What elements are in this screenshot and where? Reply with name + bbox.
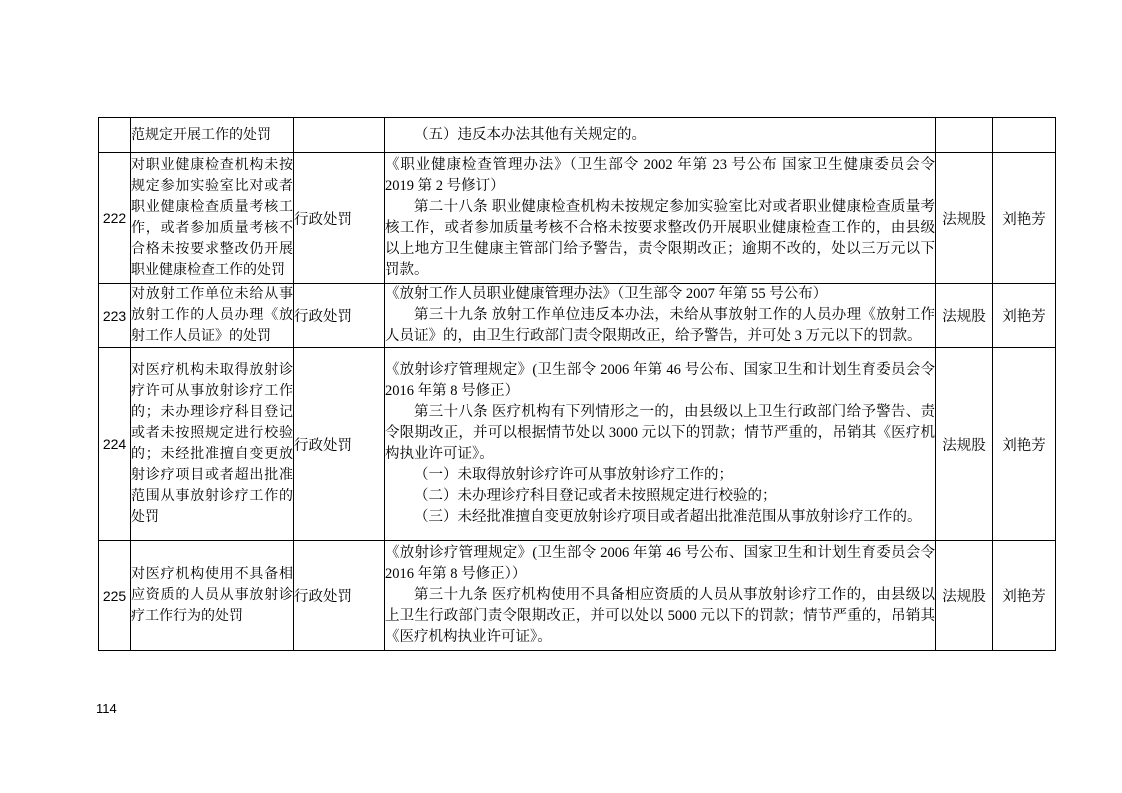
- matter-cell: 对医疗机构使用不具备相应资质的人员从事放射诊疗工作行为的处罚: [131, 541, 294, 651]
- basis-paragraph: （三）未经批准擅自变更放射诊疗项目或者超出批准范围从事放射诊疗工作的。: [385, 507, 935, 528]
- basis-paragraph: 《放射诊疗管理规定》(卫生部令 2006 年第 46 号公布、国家卫生和计划生育…: [385, 360, 935, 402]
- basis-paragraph: 第三十八条 医疗机构有下列情形之一的，由县级以上卫生行政部门给予警告、责令限期改…: [385, 402, 935, 465]
- table-row: 225 对医疗机构使用不具备相应资质的人员从事放射诊疗工作行为的处罚 行政处罚 …: [99, 541, 1056, 651]
- matter-cell: 对医疗机构未取得放射诊疗许可从事放射诊疗工作的；未办理诊疗科目登记或者未按照规定…: [131, 348, 294, 541]
- basis-paragraph: 第三十九条 医疗机构使用不具备相应资质的人员从事放射诊疗工作的，由县级以上卫生行…: [385, 585, 935, 648]
- dept-cell: 法规股: [936, 153, 993, 284]
- reviewer-cell: [993, 118, 1056, 153]
- legal-basis-cell: （五）违反本办法其他有关规定的。: [385, 118, 936, 153]
- matter-cell: 范规定开展工作的处罚: [131, 118, 294, 153]
- page-number: 114: [96, 701, 117, 716]
- table-row: 224 对医疗机构未取得放射诊疗许可从事放射诊疗工作的；未办理诊疗科目登记或者未…: [99, 348, 1056, 541]
- basis-paragraph: （一）未取得放射诊疗许可从事放射诊疗工作的；: [385, 465, 935, 486]
- legal-basis-cell: 《放射诊疗管理规定》(卫生部令 2006 年第 46 号公布、国家卫生和计划生育…: [385, 348, 936, 541]
- dept-cell: 法规股: [936, 284, 993, 348]
- row-number-cell: 225: [99, 541, 131, 651]
- legal-basis-cell: 《职业健康检查管理办法》（卫生部令 2002 年第 23 号公布 国家卫生健康委…: [385, 153, 936, 284]
- penalty-type-cell: 行政处罚: [294, 348, 385, 541]
- basis-paragraph: 第二十八条 职业健康检查机构未按规定参加实验室比对或者职业健康检查质量考核工作，…: [385, 197, 935, 281]
- penalty-type-cell: [294, 118, 385, 153]
- basis-paragraph: 《放射工作人员职业健康管理办法》（卫生部令 2007 年第 55 号公布）: [385, 284, 935, 305]
- matter-cell: 对放射工作单位未给从事放射工作的人员办理《放射工作人员证》的处罚: [131, 284, 294, 348]
- basis-paragraph: （二）未办理诊疗科目登记或者未按照规定进行校验的；: [385, 486, 935, 507]
- basis-paragraph: （五）违反本办法其他有关规定的。: [385, 125, 935, 146]
- matter-cell: 对职业健康检查机构未按规定参加实验室比对或者职业健康检查质量考核工作，或者参加质…: [131, 153, 294, 284]
- penalty-type-cell: 行政处罚: [294, 284, 385, 348]
- dept-cell: [936, 118, 993, 153]
- table-row: 范规定开展工作的处罚 （五）违反本办法其他有关规定的。: [99, 118, 1056, 153]
- row-number-cell: [99, 118, 131, 153]
- reviewer-cell: 刘艳芳: [993, 153, 1056, 284]
- legal-basis-cell: 《放射诊疗管理规定》(卫生部令 2006 年第 46 号公布、国家卫生和计划生育…: [385, 541, 936, 651]
- basis-paragraph: 《放射诊疗管理规定》(卫生部令 2006 年第 46 号公布、国家卫生和计划生育…: [385, 543, 935, 585]
- penalty-type-cell: 行政处罚: [294, 153, 385, 284]
- penalty-table: 范规定开展工作的处罚 （五）违反本办法其他有关规定的。 222 对职业健康检查机…: [98, 117, 1056, 651]
- row-number-cell: 223: [99, 284, 131, 348]
- penalty-type-cell: 行政处罚: [294, 541, 385, 651]
- reviewer-cell: 刘艳芳: [993, 348, 1056, 541]
- legal-basis-cell: 《放射工作人员职业健康管理办法》（卫生部令 2007 年第 55 号公布） 第三…: [385, 284, 936, 348]
- row-number-cell: 224: [99, 348, 131, 541]
- basis-paragraph: 第三十九条 放射工作单位违反本办法，未给从事放射工作的人员办理《放射工作人员证》…: [385, 305, 935, 347]
- row-number-cell: 222: [99, 153, 131, 284]
- table-row: 223 对放射工作单位未给从事放射工作的人员办理《放射工作人员证》的处罚 行政处…: [99, 284, 1056, 348]
- dept-cell: 法规股: [936, 541, 993, 651]
- dept-cell: 法规股: [936, 348, 993, 541]
- reviewer-cell: 刘艳芳: [993, 284, 1056, 348]
- document-page: 范规定开展工作的处罚 （五）违反本办法其他有关规定的。 222 对职业健康检查机…: [0, 0, 1122, 793]
- reviewer-cell: 刘艳芳: [993, 541, 1056, 651]
- table-row: 222 对职业健康检查机构未按规定参加实验室比对或者职业健康检查质量考核工作，或…: [99, 153, 1056, 284]
- basis-paragraph: 《职业健康检查管理办法》（卫生部令 2002 年第 23 号公布 国家卫生健康委…: [385, 155, 935, 197]
